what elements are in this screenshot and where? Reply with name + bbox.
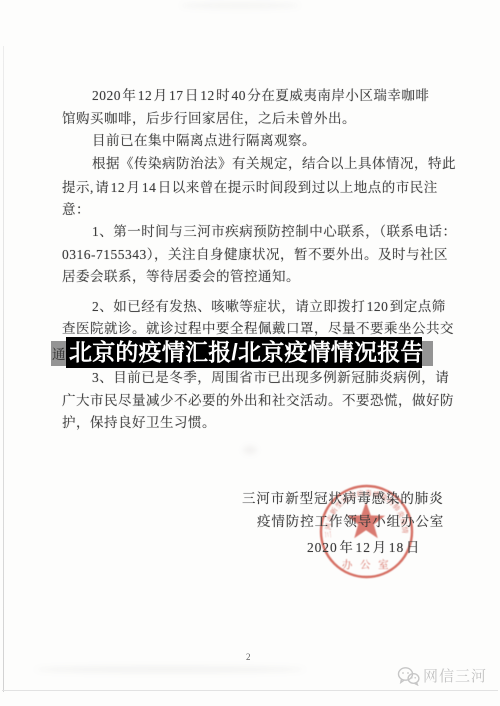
headline-banner: 北京的疫情汇报/北京疫情情况报告	[66, 337, 422, 368]
document-line: 0316-7155343），关注自身健康状况，暂不要外出。及时与社区	[62, 243, 448, 263]
photographed-document: 2020 年 12 月 17 日 12 时 40 分在夏威夷南岸小区瑞幸咖啡 馆…	[0, 0, 500, 706]
covered-line-character: 通	[52, 343, 66, 363]
document-line: 提示, 请 12 月 14 日以来曾在提示时间段到过以上地点的市民注	[62, 176, 438, 196]
watermark-text: 网信三河	[423, 665, 487, 686]
paper-bottom-edge	[2, 690, 498, 691]
document-line: 查医院就诊。就诊过程中要全程佩戴口罩，尽量不要乘坐公共交	[62, 317, 454, 337]
paper-smudge	[180, 2, 300, 9]
paper-smudge	[35, 666, 305, 673]
page-number: 2	[246, 652, 251, 662]
document-line: 3、目前已是冬季，周围省市已出现多例新冠肺炎病例，请	[92, 366, 449, 386]
paper-smudge	[243, 446, 257, 454]
document-line: 2020 年 12 月 17 日 12 时 40 分在夏威夷南岸小区瑞幸咖啡	[92, 84, 429, 104]
watermark: 网信三河	[397, 665, 487, 686]
document-line: 目前已在集中隔离点进行隔离观察。	[92, 129, 316, 149]
document-line: 馆购买咖啡，后步行回家居住，之后未曾外出。	[62, 107, 356, 127]
document-line: 意：	[62, 198, 90, 218]
signature-date: 2020 年 12 月 18 日	[307, 536, 420, 556]
document-line: 1、第一时间与三河市疾病预防控制中心联系，（联系电话：	[92, 220, 457, 240]
document-line: 广大市民尽量减少不必要的外出和社交活动。不要恐慌，做好防	[62, 389, 454, 409]
document-line: 根据《传染病防治法》有关规定，结合以上具体情况，特此	[92, 152, 456, 172]
document-line: 2、如已经有发热、咳嗽等症状，请立即拨打 120 到定点筛	[92, 295, 446, 315]
wechat-icon	[397, 666, 420, 686]
signature-org-line-1: 三河市新型冠状病毒感染的肺炎	[242, 487, 444, 507]
paper-left-edge	[3, 46, 4, 692]
seal-bottom-text: 办 公 室	[342, 558, 391, 571]
signature-org-line-2: 疫情防控工作领导小组办公室	[257, 510, 444, 530]
document-line: 居委会联系，等待居委会的管控通知。	[62, 265, 300, 285]
document-line: 护，保持良好卫生习惯。	[62, 411, 216, 431]
